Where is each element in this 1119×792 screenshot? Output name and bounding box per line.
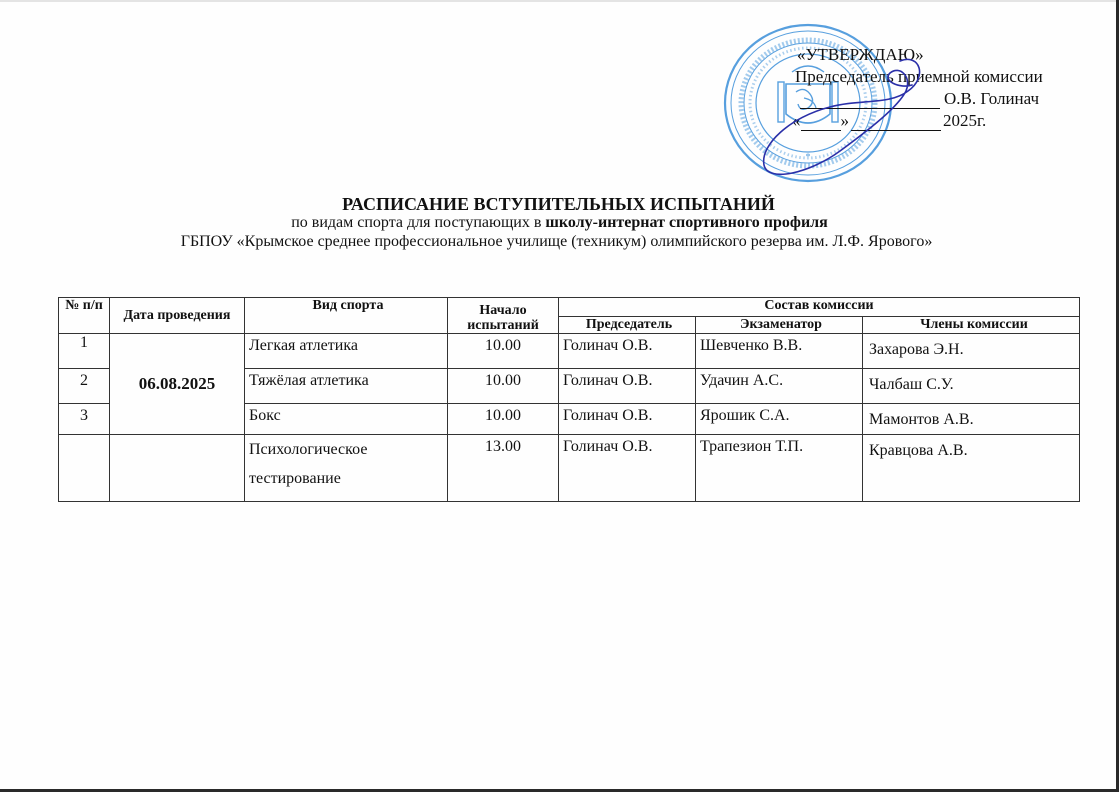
cell-members: Кравцова А.В. [863,435,1080,502]
header-examiner: Экзаменатор [696,317,863,334]
header-start: Начало испытаний [448,298,559,334]
cell-members: Чалбаш С.У. [863,369,1080,404]
sport-text: Психологическое тестирование [249,435,447,493]
num-text: 3 [59,404,109,425]
cell-chair: Голинач О.В. [559,404,696,435]
table-row: Психологическое тестирование 13.00 Голин… [59,435,1080,502]
examiner-text: Трапезион Т.П. [700,435,862,456]
table-header-row: № п/п Дата проведения Вид спорта Начало … [59,298,1080,317]
examiner-text: Удачин А.С. [700,369,862,390]
table-row: 1 06.08.2025 Легкая атлетика 10.00 Голин… [59,334,1080,369]
start-text: 13.00 [448,435,558,456]
members-text: Мамонтов А.В. [869,404,1079,429]
organization-name: ГБПОУ «Крымское среднее профессиональное… [0,232,1119,251]
sport-text: Легкая атлетика [249,334,447,355]
cell-date: 06.08.2025 [110,334,245,435]
chair-text: Голинач О.В. [563,369,695,390]
cell-sport: Бокс [245,404,448,435]
members-text: Чалбаш С.У. [869,369,1079,394]
document-title: РАСПИСАНИЕ ВСТУПИТЕЛЬНЫХ ИСПЫТАНИЙ [0,195,1119,214]
subtitle-emphasis: школу-интернат спортивного профиля [545,214,827,231]
cell-examiner: Удачин А.С. [696,369,863,404]
header-commission: Состав комиссии [559,298,1080,317]
cell-members: Захарова Э.Н. [863,334,1080,369]
schedule-table: № п/п Дата проведения Вид спорта Начало … [58,297,1080,502]
cell-chair: Голинач О.В. [559,334,696,369]
cell-start: 10.00 [448,369,559,404]
header-members: Члены комиссии [863,317,1080,334]
cell-chair: Голинач О.В. [559,435,696,502]
sport-text: Тяжёлая атлетика [249,369,447,390]
document-header: РАСПИСАНИЕ ВСТУПИТЕЛЬНЫХ ИСПЫТАНИЙ по ви… [0,195,1119,251]
cell-examiner: Шевченко В.В. [696,334,863,369]
header-date: Дата проведения [110,298,245,334]
members-text: Захарова Э.Н. [869,334,1079,359]
sport-text: Бокс [249,404,447,425]
chair-text: Голинач О.В. [563,334,695,355]
cell-chair: Голинач О.В. [559,369,696,404]
cell-num [59,435,110,502]
examiner-text: Ярошик С.А. [700,404,862,425]
cell-num: 3 [59,404,110,435]
header-num: № п/п [59,298,110,334]
cell-members: Мамонтов А.В. [863,404,1080,435]
document-subtitle: по видам спорта для поступающих в школу-… [0,214,1119,232]
members-text: Кравцова А.В. [869,435,1079,460]
examiner-text: Шевченко В.В. [700,334,862,355]
num-text: 2 [59,369,109,390]
cell-start: 10.00 [448,404,559,435]
start-text: 10.00 [448,369,558,390]
cell-sport: Психологическое тестирование [245,435,448,502]
approval-year: 2025г. [943,111,986,130]
cell-num: 2 [59,369,110,404]
signature-icon [750,55,930,185]
cell-examiner: Ярошик С.А. [696,404,863,435]
chair-text: Голинач О.В. [563,404,695,425]
cell-start: 10.00 [448,334,559,369]
cell-date-empty [110,435,245,502]
approval-signatory: О.В. Голинач [944,89,1039,108]
header-sport: Вид спорта [245,298,448,334]
subtitle-prefix: по видам спорта для поступающих в [291,214,545,231]
start-text: 10.00 [448,334,558,355]
cell-sport: Легкая атлетика [245,334,448,369]
cell-examiner: Трапезион Т.П. [696,435,863,502]
start-text: 10.00 [448,404,558,425]
header-chair: Председатель [559,317,696,334]
cell-sport: Тяжёлая атлетика [245,369,448,404]
cell-start: 13.00 [448,435,559,502]
scan-edge-top [0,0,1119,2]
chair-text: Голинач О.В. [563,435,695,456]
cell-num: 1 [59,334,110,369]
